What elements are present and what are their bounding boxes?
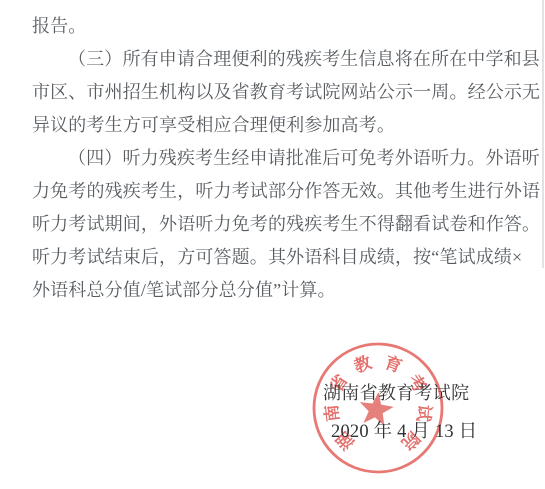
signature-organization: 湖南省教育考试院: [323, 379, 469, 405]
signature-date: 2020 年 4 月 13 日: [331, 417, 477, 443]
doc-line: 异议的考生方可享受相应合理便利参加高考。: [32, 109, 542, 142]
doc-line: 报告。: [32, 10, 542, 43]
doc-line: 听力考试结束后，方可答题。其外语科目成绩，按“笔试成绩×: [32, 241, 542, 274]
doc-line: （三）所有申请合理便利的残疾考生信息将在所在中学和县: [32, 43, 542, 76]
doc-line: 力免考的残疾考生，听力考试部分作答无效。其他考生进行外语: [32, 175, 542, 208]
seal-char: 教: [351, 352, 375, 377]
doc-line: 市区、市州招生机构以及省教育考试院网站公示一周。经公示无: [32, 76, 542, 109]
official-seal: 湖南省教育考试院: [293, 323, 463, 489]
document-body: 报告。 （三）所有申请合理便利的残疾考生信息将在所在中学和县 市区、市州招生机构…: [32, 10, 542, 307]
seal-char: 育: [382, 352, 405, 376]
document-page: 报告。 （三）所有申请合理便利的残疾考生信息将在所在中学和县 市区、市州招生机构…: [0, 0, 545, 489]
doc-line: （四）听力残疾考生经申请批准后可免考外语听力。外语听: [32, 142, 542, 175]
doc-line: 外语科总分值/笔试部分总分值”计算。: [32, 274, 542, 307]
page-edge-line: [542, 0, 544, 268]
doc-line: 听力考试期间，外语听力免考的残疾考生不得翻看试卷和作答。: [32, 208, 542, 241]
